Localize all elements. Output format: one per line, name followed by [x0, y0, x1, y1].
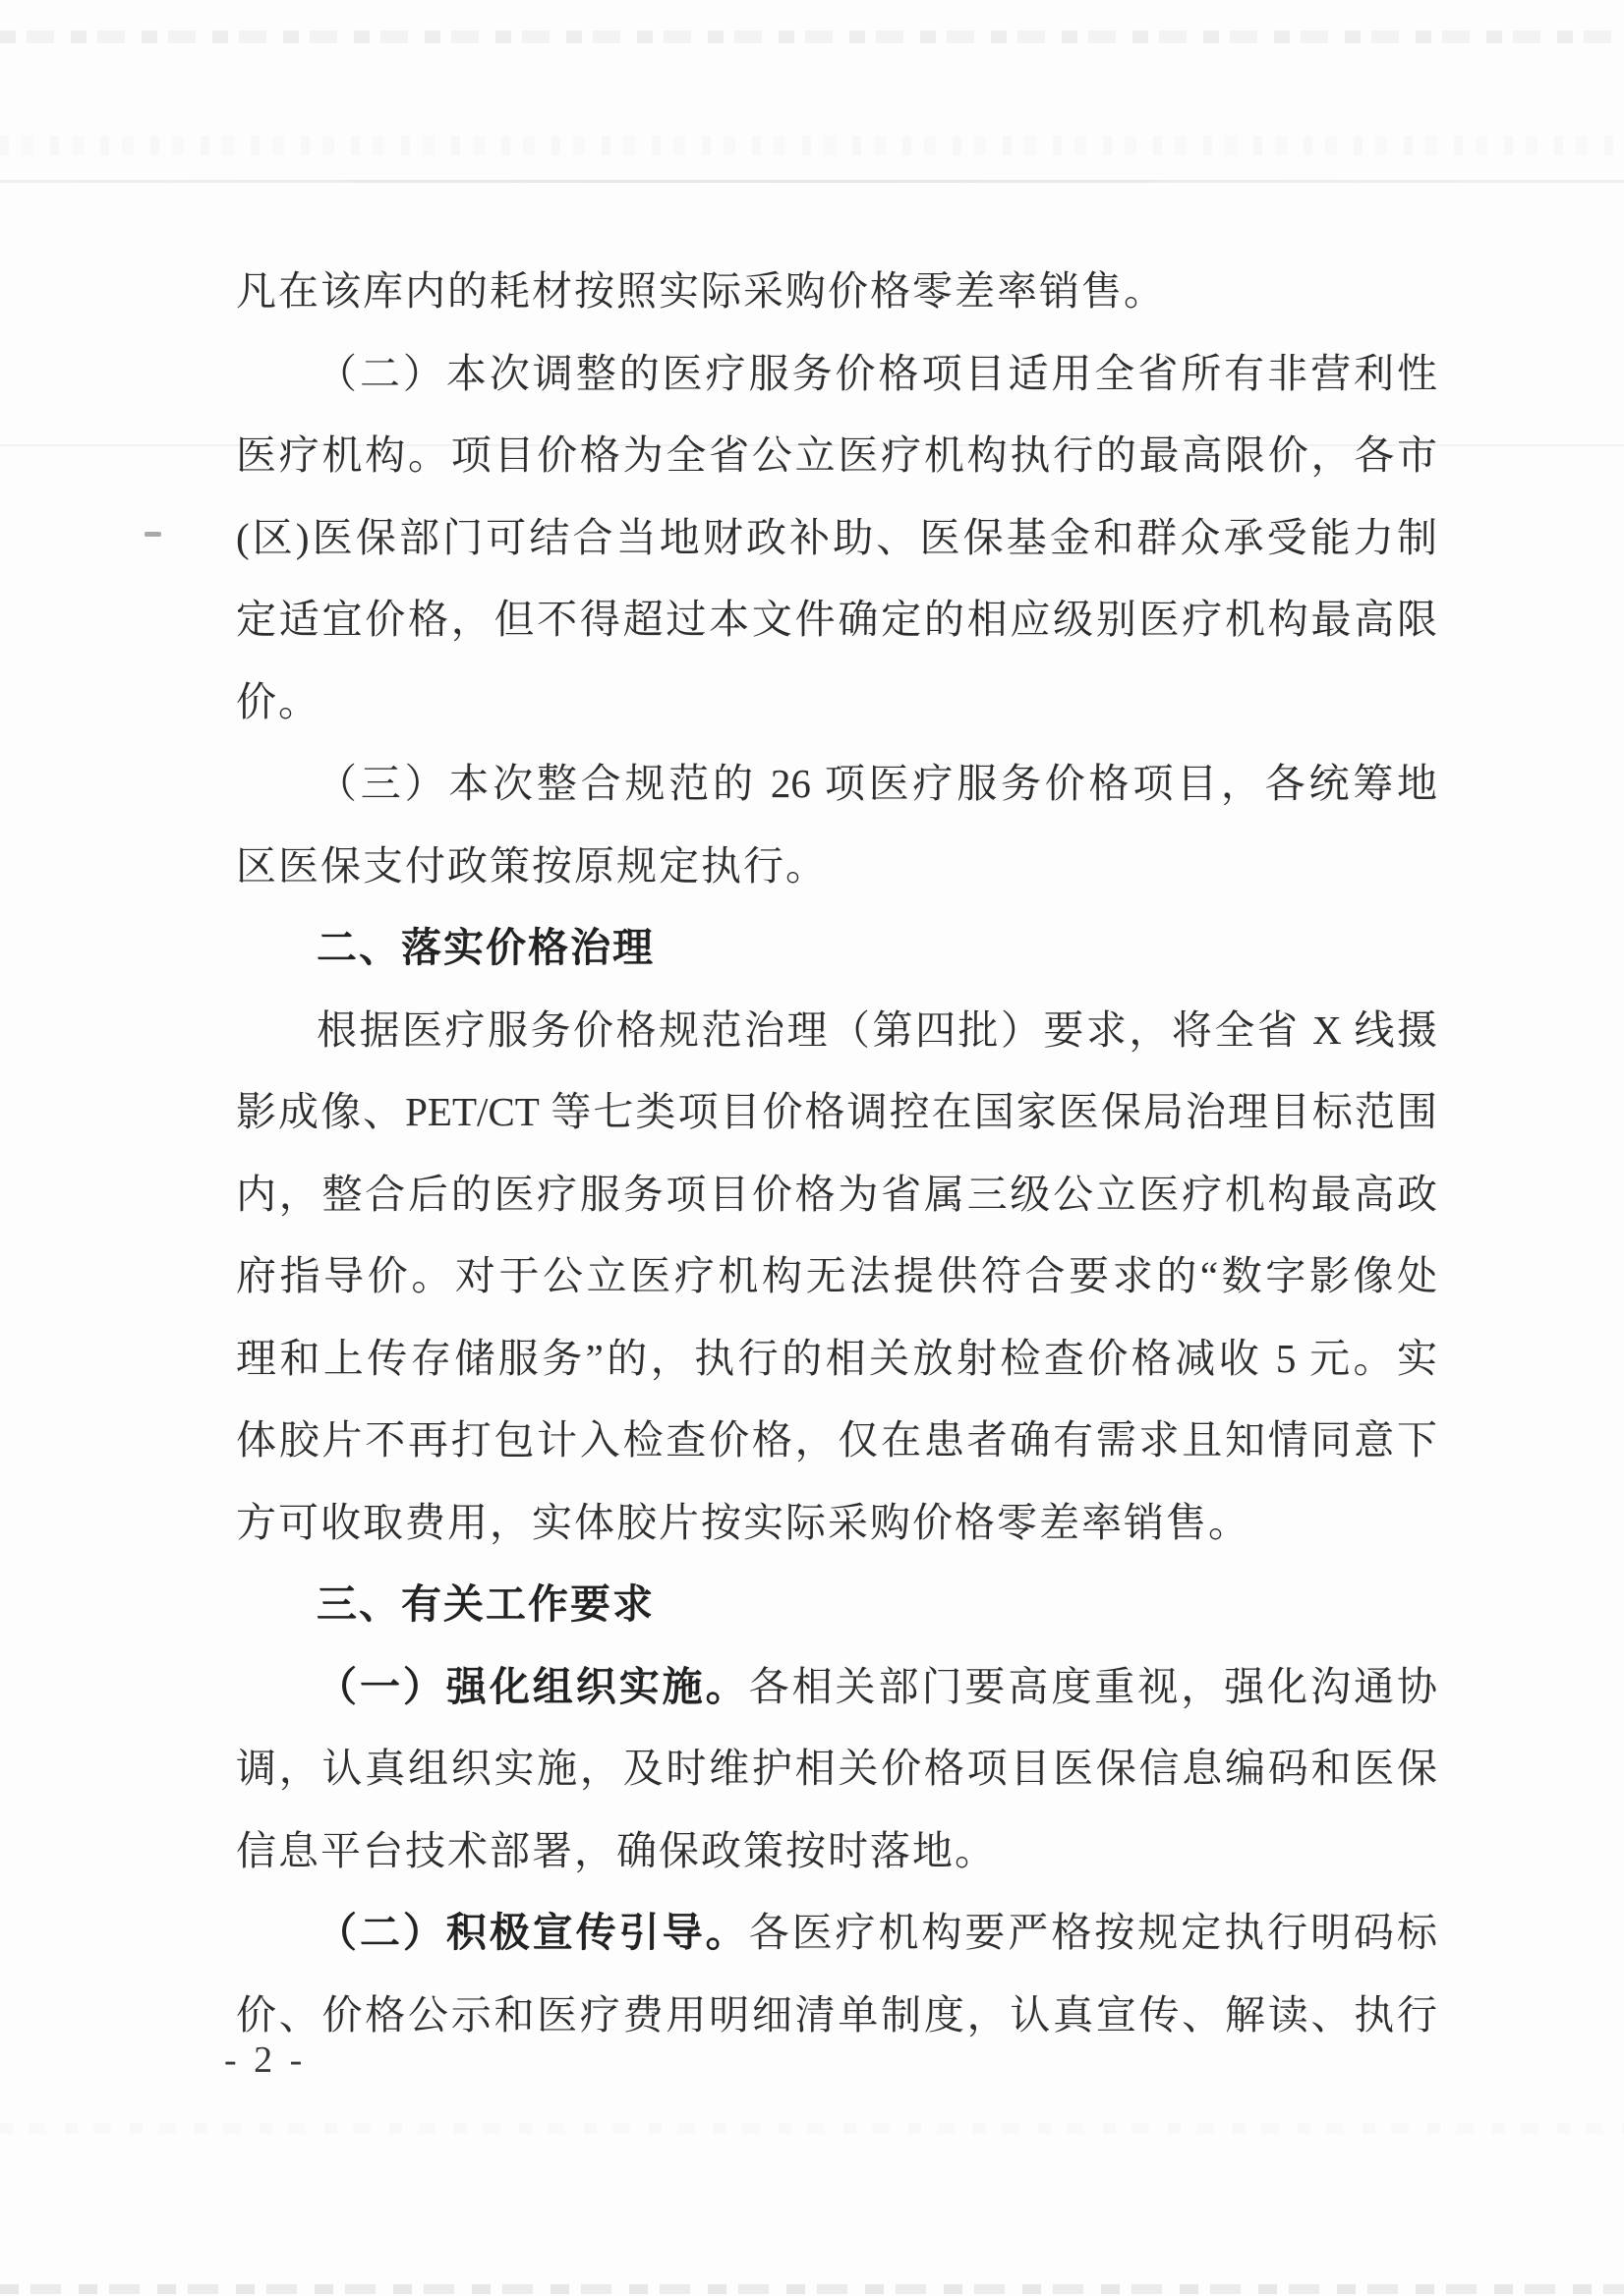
scan-artifact-dash	[145, 532, 161, 537]
scan-artifact-line	[0, 180, 1624, 183]
paragraph-line: 定适宜价格，但不得超过本文件确定的相应级别医疗机构最高限	[236, 579, 1437, 661]
page-number: - 2 -	[224, 2038, 306, 2082]
paragraph-line: 理和上传存储服务”的，执行的相关放射检查价格减收 5 元。实	[236, 1318, 1437, 1401]
paragraph-line: 价、价格公示和医疗费用明细清单制度，认真宣传、解读、执行	[236, 1975, 1437, 2057]
paragraph-line: 调，认真组织实施，及时维护相关价格项目医保信息编码和医保	[236, 1728, 1437, 1810]
paragraph-line: （二）本次调整的医疗服务价格项目适用全省所有非营利性	[236, 333, 1437, 416]
paragraph-line: 体胶片不再打包计入检查价格，仅在患者确有需求且知情同意下	[236, 1400, 1437, 1482]
scan-artifact-low	[0, 2123, 1624, 2134]
scan-artifact-top	[0, 30, 1624, 43]
section-heading-3: 三、有关工作要求	[236, 1564, 1437, 1646]
paragraph-line: 根据医疗服务价格规范治理（第四批）要求，将全省 X 线摄	[236, 990, 1437, 1072]
paragraph-line: 信息平台技术部署，确保政策按时落地。	[236, 1810, 1437, 1893]
scan-artifact-ghost	[0, 136, 1624, 155]
paragraph-line: 府指导价。对于公立医疗机构无法提供符合要求的“数字影像处	[236, 1235, 1437, 1318]
bold-lead-in: （二）积极宣传引导。	[317, 1910, 749, 1955]
paragraph-line: 区医保支付政策按原规定执行。	[236, 826, 1437, 908]
paragraph-line: 影成像、PET/CT 等七类项目价格调控在国家医保局治理目标范围	[236, 1071, 1437, 1154]
paragraph-line: 内，整合后的医疗服务项目价格为省属三级公立医疗机构最高政	[236, 1154, 1437, 1236]
paragraph-line: (区)医保部门可结合当地财政补助、医保基金和群众承受能力制	[236, 497, 1437, 580]
section-heading-2: 二、落实价格治理	[236, 907, 1437, 990]
text-block: 凡在该库内的耗材按照实际采购价格零差率销售。 （二）本次调整的医疗服务价格项目适…	[236, 251, 1437, 2056]
paragraph-line: （三）本次整合规范的 26 项医疗服务价格项目，各统筹地	[236, 743, 1437, 826]
bold-lead-in: （一）强化组织实施。	[317, 1664, 749, 1709]
paragraph-line: （一）强化组织实施。各相关部门要高度重视，强化沟通协	[236, 1646, 1437, 1729]
paragraph-line: 医疗机构。项目价格为全省公立医疗机构执行的最高限价，各市	[236, 415, 1437, 497]
paragraph-line: 价。	[236, 661, 1437, 744]
document-page: 凡在该库内的耗材按照实际采购价格零差率销售。 （二）本次调整的医疗服务价格项目适…	[0, 0, 1624, 2296]
scan-artifact-bottom	[0, 2284, 1624, 2294]
paragraph-line: 方可收取费用，实体胶片按实际采购价格零差率销售。	[236, 1482, 1437, 1565]
paragraph-line: （二）积极宣传引导。各医疗机构要严格按规定执行明码标	[236, 1892, 1437, 1975]
paragraph-line: 凡在该库内的耗材按照实际采购价格零差率销售。	[236, 251, 1437, 333]
